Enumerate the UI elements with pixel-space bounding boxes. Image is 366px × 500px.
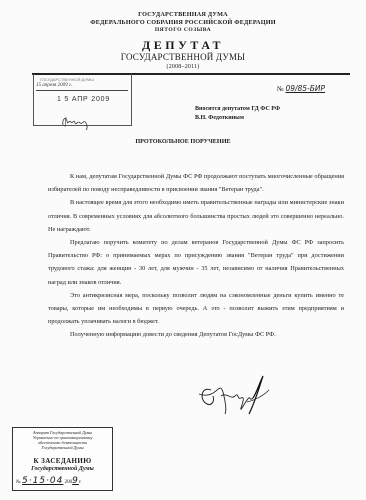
letterhead-subtitle: ГОСУДАРСТВЕННОЙ ДУМЫ xyxy=(0,52,366,62)
session-year-end: г. xyxy=(79,480,82,485)
body-paragraph: К нам, депутатам Государственной Думы ФС… xyxy=(48,170,344,196)
introduced-by: Вносится депутатом ГД ФС РФ В.Н. Федотки… xyxy=(195,105,280,123)
document-number: № 09/85-БИР xyxy=(277,84,325,93)
document-number-prefix: № xyxy=(277,85,284,93)
letterhead-years: (2008–2011) xyxy=(0,64,366,70)
registration-stamp-underline xyxy=(36,90,128,91)
session-year-suffix: 9 xyxy=(72,476,79,486)
document-body: К нам, депутатам Государственной Думы ФС… xyxy=(48,170,344,342)
session-stamp: Аппарат Государственной Думы Управление … xyxy=(12,427,113,491)
letterhead-line-3: ПЯТОГО СОЗЫВА xyxy=(0,27,366,33)
session-stamp-line-4: Государственной Думы xyxy=(13,445,112,450)
session-stamp-number: № 5·15·04 2009г. xyxy=(16,476,82,486)
document-heading: ПРОТОКОЛЬНОЕ ПОРУЧЕНИЕ xyxy=(0,138,366,145)
session-number-value: 5·15·04 xyxy=(22,476,63,486)
initials-signature-icon xyxy=(60,113,94,131)
session-stamp-title: К ЗАСЕДАНИЮ xyxy=(13,457,112,465)
registration-stamp-date: 1 5 АПР 2009 xyxy=(34,96,133,103)
registration-stamp-header: ГОСУДАРСТВЕННОЙ ДУМЫ xyxy=(40,77,94,82)
document-number-value: 09/85-БИР xyxy=(285,84,325,93)
document-page: ГОСУДАРСТВЕННАЯ ДУМА ФЕДЕРАЛЬНОГО СОБРАН… xyxy=(0,0,366,500)
body-paragraph: Предлагаю поручить комитету по делам вет… xyxy=(48,236,344,289)
session-stamp-subtitle: Государственной Думы xyxy=(13,466,112,472)
introduced-by-line-1: Вносится депутатом ГД ФС РФ xyxy=(195,105,280,114)
letterhead-line-2: ФЕДЕРАЛЬНОГО СОБРАНИЯ РОССИЙСКОЙ ФЕДЕРАЦ… xyxy=(0,19,366,26)
letterhead-title: ДЕПУТАТ xyxy=(0,38,366,53)
body-paragraph: Это антикризисная мера, поскольку позвол… xyxy=(48,289,344,329)
introduced-by-line-2: В.Н. Федоткиным xyxy=(195,114,280,123)
body-paragraph: В настоящее время для этого необходимо и… xyxy=(48,196,344,236)
session-number-prefix: № xyxy=(16,480,21,485)
letterhead-line-1: ГОСУДАРСТВЕННАЯ ДУМА xyxy=(0,11,366,18)
body-paragraph: Полученную информацию довести до сведени… xyxy=(48,328,344,341)
deputy-signature-icon xyxy=(197,370,279,420)
registration-stamp-handwritten: 15 апреля 2009 г. xyxy=(36,83,72,88)
